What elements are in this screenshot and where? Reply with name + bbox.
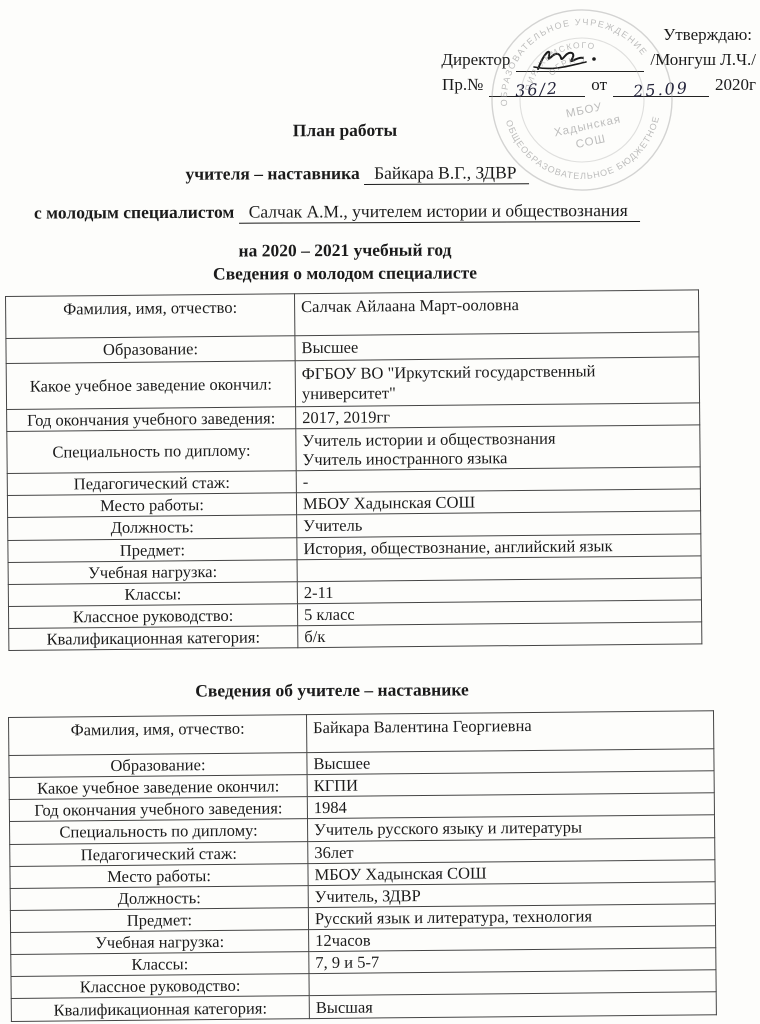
director-signature: [524, 45, 636, 75]
director-label: Директор: [441, 47, 510, 72]
order-number-value: 36/2: [515, 75, 561, 103]
cell-label: Фамилия, имя, отчество:: [6, 294, 295, 339]
cell-label: Какое учебное заведение окончил:: [9, 775, 307, 800]
young-prefix: с молодым специалистом: [34, 202, 234, 223]
cell-label: Образование:: [6, 336, 295, 364]
director-name: /Монгуш Л.Ч./: [650, 47, 756, 72]
cell-label: Год окончания учебного заведения:: [9, 797, 307, 822]
approval-block: Утверждаю: Директор /Монгуш Л.Ч./ Пр.№ 3…: [420, 22, 756, 97]
document-page: Утверждаю: Директор /Монгуш Л.Ч./ Пр.№ 3…: [0, 0, 760, 1024]
cell-label: Квалификационная категория:: [9, 626, 298, 651]
cell-label: Специальность по диплому:: [10, 819, 308, 844]
cell-label: Классное руководство:: [8, 604, 297, 629]
mentor-line: учителя – наставника Байкара В.Г., ЗДВР: [0, 161, 714, 185]
cell-label: Классы:: [11, 952, 309, 977]
cell-label: Педагогический стаж:: [7, 471, 296, 496]
cell-label: Учебная нагрузка:: [8, 559, 297, 584]
mentor-section-title: Сведения об учителе – наставнике: [0, 679, 664, 703]
cell-value: Высшее: [295, 332, 699, 361]
young-specialist-line: с молодым специалистом Салчак А.М., учит…: [34, 199, 760, 223]
cell-value: Учитель истории и обществознания Учитель…: [296, 425, 700, 471]
mentor-table: Фамилия, имя, отчество:Байкара Валентина…: [8, 710, 717, 1022]
mentor-prefix: учителя – наставника: [185, 163, 359, 184]
stamp-center-line1: МБОУ: [565, 101, 604, 120]
cell-label: Фамилия, имя, отчество:: [9, 715, 307, 756]
cell-label: Классы:: [8, 581, 297, 606]
cell-value: б/к: [298, 622, 702, 648]
specialist-section-title: Сведения о молодом специалисте: [0, 261, 690, 285]
director-line: Директор /Монгуш Л.Ч./: [420, 47, 756, 72]
approve-label: Утверждаю:: [420, 22, 756, 47]
year-label: 2020г: [715, 72, 756, 97]
cell-label: Квалификационная категория:: [11, 996, 309, 1022]
cell-label: Должность:: [8, 515, 297, 540]
academic-year-title: на 2020 – 2021 учебный год: [0, 238, 690, 262]
cell-label: Место работы:: [10, 863, 308, 888]
cell-label: Педагогический стаж:: [10, 841, 308, 866]
young-name: Салчак А.М., учителем истории и общество…: [239, 200, 640, 224]
cell-label: Год окончания учебного заведения:: [7, 407, 296, 432]
cell-value: Высшая: [309, 992, 716, 1019]
cell-value: Салчак Айлаана Март-ооловна: [294, 290, 698, 336]
cell-label: Предмет:: [10, 908, 308, 933]
specialist-table: Фамилия, имя, отчество:Салчак Айлаана Ма…: [5, 289, 702, 651]
cell-value: Байкара Валентина Георгиевна: [306, 711, 713, 753]
order-number-label: Пр.№: [442, 72, 483, 97]
table-row: Фамилия, имя, отчество:Салчак Айлаана Ма…: [6, 290, 699, 339]
signature-blank: [516, 50, 644, 72]
mentor-name: Байкара В.Г., ЗДВР: [364, 162, 529, 185]
cell-label: Должность:: [10, 885, 308, 910]
cell-label: Предмет:: [8, 537, 297, 562]
cell-label: Образование:: [9, 753, 307, 778]
cell-label: Учебная нагрузка:: [11, 930, 309, 955]
cell-label: Классное руководство:: [11, 974, 309, 999]
order-number-blank: 36/2: [489, 75, 585, 97]
cell-label: Какое учебное заведение окончил:: [6, 361, 295, 410]
order-line: Пр.№ 36/2 от 25.09 2020г: [420, 72, 756, 97]
cell-label: Специальность по диплому:: [7, 429, 296, 474]
order-date-blank: 25.09: [613, 75, 709, 97]
from-label: от: [591, 72, 607, 97]
table-row: Какое учебное заведение окончил:ФГБОУ ВО…: [6, 357, 699, 410]
cell-label: Место работы:: [7, 493, 296, 518]
table-row: Специальность по диплому:Учитель истории…: [7, 425, 700, 474]
order-date-value: 25.09: [632, 75, 689, 104]
cell-value: ФГБОУ ВО "Иркутский государственный унив…: [295, 357, 699, 407]
plan-title: План работы: [0, 118, 690, 142]
